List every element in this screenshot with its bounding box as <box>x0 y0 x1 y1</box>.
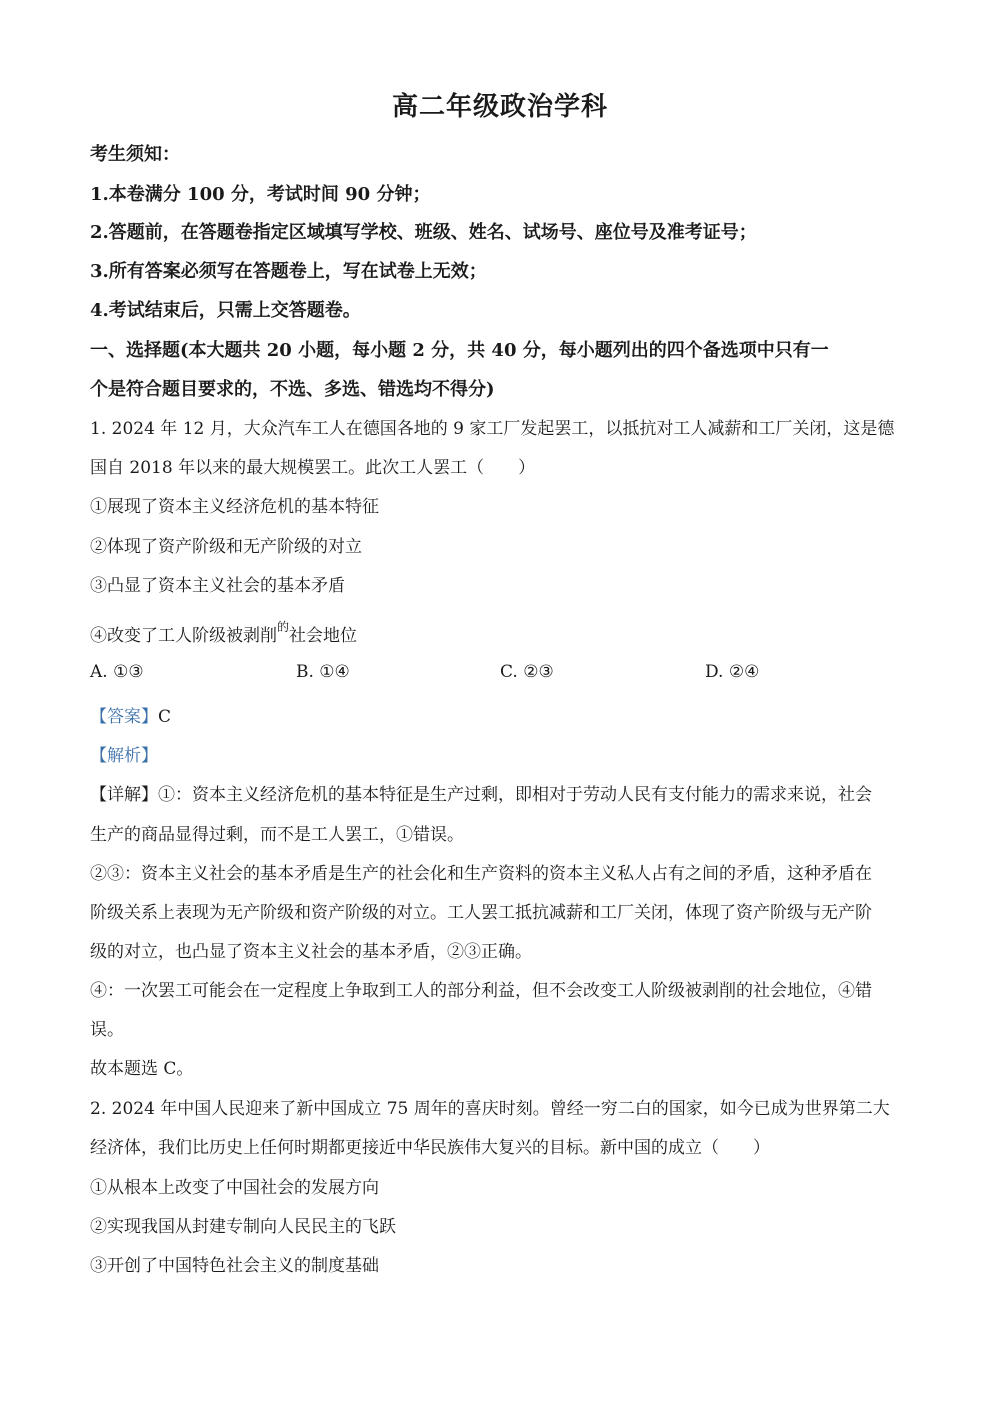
detail-text: ①：资本主义经济危机的基本特征是生产过剩，即相对于劳动人民有支付能力的需求来说，… <box>158 785 872 805</box>
answer-value: C <box>158 707 171 727</box>
statement: ①展现了资本主义经济危机的基本特征 <box>90 492 379 517</box>
question-1-stem: 1. 2024 年 12 月，大众汽车工人在德国各地的 9 家工厂发起罢工，以抵… <box>90 414 894 439</box>
notice-heading: 考生须知： <box>90 140 180 166</box>
detail-line: 【详解】①：资本主义经济危机的基本特征是生产过剩，即相对于劳动人民有支付能力的需… <box>90 780 872 805</box>
analysis-tag: 【解析】 <box>90 741 158 766</box>
question-1-stem-cont: 国自 2018 年以来的最大规模罢工。此次工人罢工（ ） <box>90 453 535 478</box>
exam-page: 高二年级政治学科 考生须知： 1.本卷满分 100 分，考试时间 90 分钟； … <box>0 0 1000 1414</box>
notice-item: 4.考试结束后，只需上交答题卷。 <box>90 296 361 322</box>
notice-item: 3.所有答案必须写在答题卷上，写在试卷上无效； <box>90 257 487 283</box>
statement: ①从根本上改变了中国社会的发展方向 <box>90 1173 379 1198</box>
option-b: B. ①④ <box>296 662 350 682</box>
question-2-stem-cont: 经济体，我们比历史上任何时期都更接近中华民族伟大复兴的目标。新中国的成立（ ） <box>90 1133 770 1158</box>
statement: ②实现我国从封建专制向人民民主的飞跃 <box>90 1212 396 1237</box>
detail-tag: 【详解】 <box>90 785 158 805</box>
conclusion: 故本题选 C。 <box>90 1054 193 1079</box>
detail-line: 误。 <box>90 1015 124 1040</box>
detail-line: 级的对立，也凸显了资本主义社会的基本矛盾，②③正确。 <box>90 937 532 962</box>
statement-text: 社会地位 <box>289 626 357 646</box>
section-heading: 一、选择题(本大题共 20 小题，每小题 2 分，共 40 分，每小题列出的四个… <box>90 336 829 362</box>
notice-item: 2.答题前，在答题卷指定区域填写学校、班级、姓名、试场号、座位号及准考证号； <box>90 218 757 244</box>
notice-item: 1.本卷满分 100 分，考试时间 90 分钟； <box>90 180 430 206</box>
option-d: D. ②④ <box>705 662 759 682</box>
option-a: A. ①③ <box>90 662 144 682</box>
answer-line: 【答案】C <box>90 702 171 727</box>
statement-text: ④改变了工人阶级被剥削 <box>90 626 277 646</box>
page-title: 高二年级政治学科 <box>0 86 1000 123</box>
question-2-stem: 2. 2024 年中国人民迎来了新中国成立 75 周年的喜庆时刻。曾经一穷二白的… <box>90 1094 890 1119</box>
section-heading-cont: 个是符合题目要求的，不选、多选、错选均不得分) <box>90 375 495 401</box>
statement-superscript: 的 <box>277 620 289 634</box>
statement: ③凸显了资本主义社会的基本矛盾 <box>90 571 345 596</box>
option-c: C. ②③ <box>500 662 554 682</box>
detail-line: 阶级关系上表现为无产阶级和资产阶级的对立。工人罢工抵抗减薪和工厂关闭，体现了资产… <box>90 898 872 923</box>
detail-line: ②③：资本主义社会的基本矛盾是生产的社会化和生产资料的资本主义私人占有之间的矛盾… <box>90 859 872 884</box>
detail-line: 生产的商品显得过剩，而不是工人罢工，①错误。 <box>90 820 464 845</box>
statement: ③开创了中国特色社会主义的制度基础 <box>90 1251 379 1276</box>
answer-tag: 【答案】 <box>90 707 158 727</box>
statement: ④改变了工人阶级被剥削的社会地位 <box>90 618 357 646</box>
detail-line: ④：一次罢工可能会在一定程度上争取到工人的部分利益，但不会改变工人阶级被剥削的社… <box>90 976 872 1001</box>
statement: ②体现了资产阶级和无产阶级的对立 <box>90 532 362 557</box>
